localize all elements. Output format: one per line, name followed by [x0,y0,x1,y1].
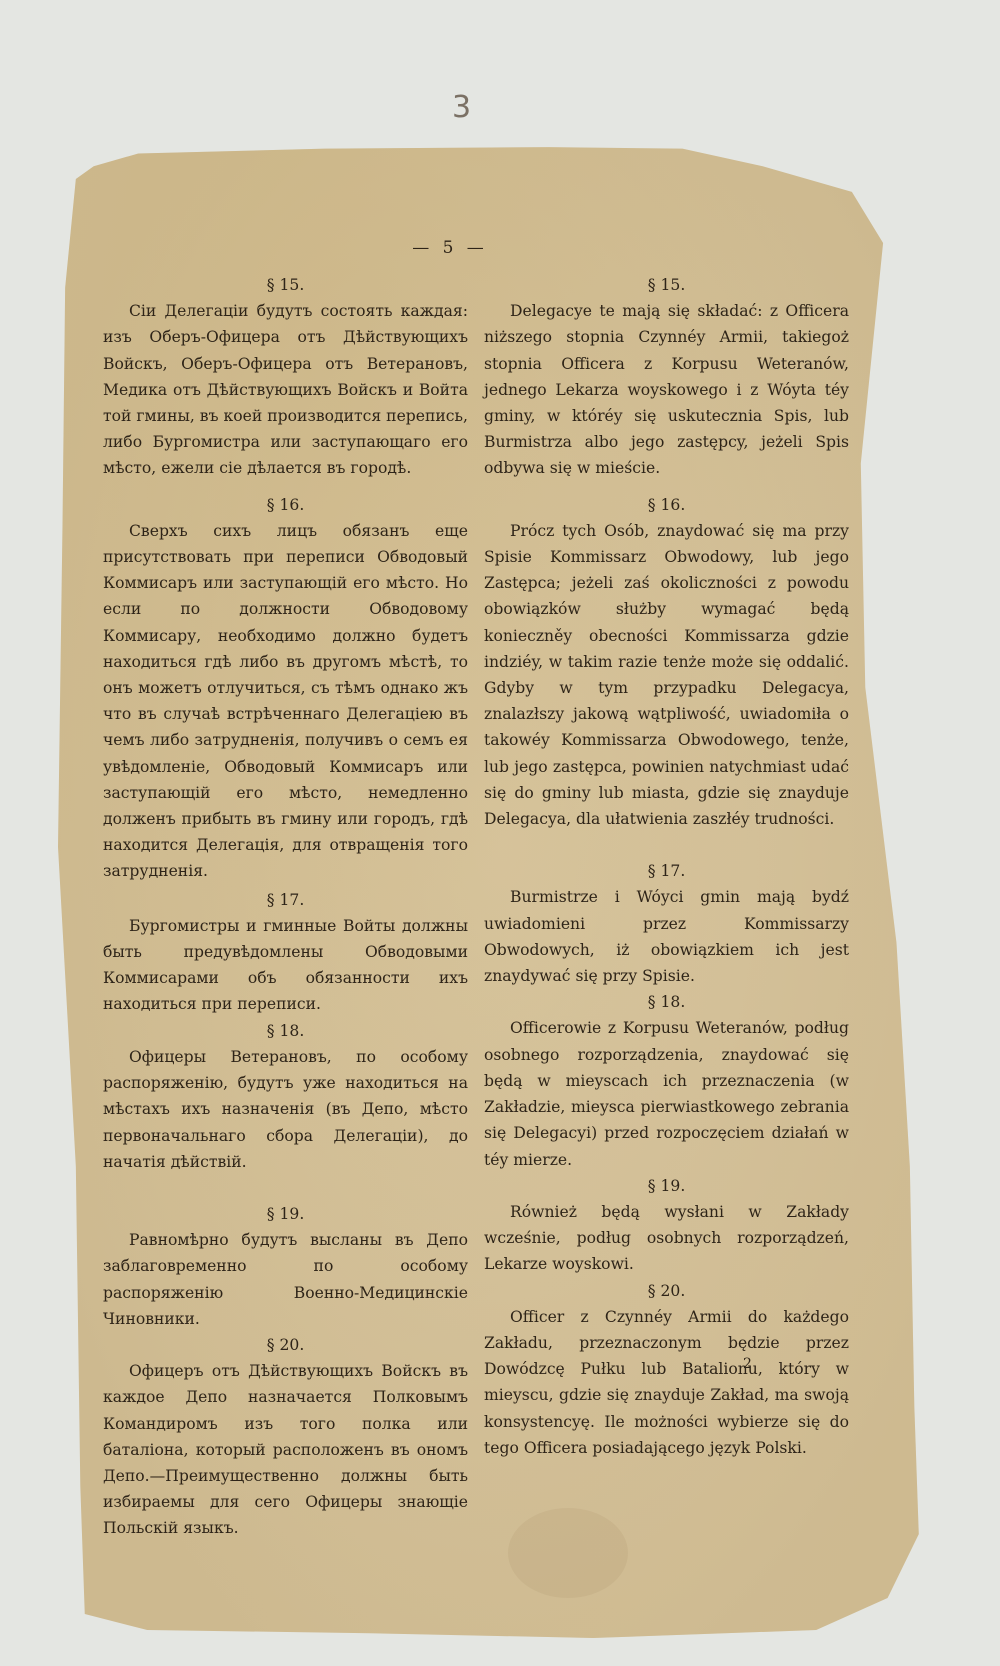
section-text-20: Officer z Czynnéy Armii do każdego Zakła… [484,1304,849,1461]
section-text-19: Również będą wysłani w Zakłady wcześnie,… [484,1199,849,1278]
section-text-15: Сіи Делегаціи будутъ состоять каждая: из… [103,298,468,481]
section-text-17: Burmistrze i Wóyci gmin mają bydź uwiado… [484,884,849,989]
page-number-header: — 5 — [390,238,510,258]
section-heading-15: § 15. [484,272,849,298]
right-column-polish: § 15. Delegacye te mają się składać: z O… [484,272,849,1461]
section-heading-20: § 20. [103,1332,468,1358]
section-heading-19: § 19. [484,1173,849,1199]
section-heading-18: § 18. [484,989,849,1015]
section-heading-17: § 17. [103,887,468,913]
section-heading-17: § 17. [484,858,849,884]
section-heading-16: § 16. [484,492,849,518]
left-column-russian: § 15. Сіи Делегаціи будутъ состоять кажд… [103,272,468,1542]
section-heading-18: § 18. [103,1018,468,1044]
section-text-20: Офицеръ отъ Дѣйствующихъ Войскъ въ каждо… [103,1358,468,1541]
section-text-16: Сверхъ сихъ лицъ обязанъ еще присутствов… [103,518,468,885]
stain [508,1508,628,1598]
section-text-15: Delegacye te mają się składać: z Officer… [484,298,849,481]
section-text-16: Prócz tych Osób, znaydować się ma przy S… [484,518,849,832]
section-heading-15: § 15. [103,272,468,298]
section-text-17: Бургомистры и гминные Войты должны быть … [103,913,468,1018]
stain [598,88,638,134]
section-text-19: Равномѣрно будутъ высланы въ Депо заблаг… [103,1227,468,1332]
signature-mark: 2 [743,1356,752,1372]
section-heading-19: § 19. [103,1201,468,1227]
section-heading-16: § 16. [103,492,468,518]
section-text-18: Офицеры Ветерановъ, по особому распоряже… [103,1044,468,1175]
handwritten-page-number: 3 [452,90,471,125]
section-text-18: Officerowie z Korpusu Weteranów, podług … [484,1015,849,1172]
section-heading-20: § 20. [484,1278,849,1304]
